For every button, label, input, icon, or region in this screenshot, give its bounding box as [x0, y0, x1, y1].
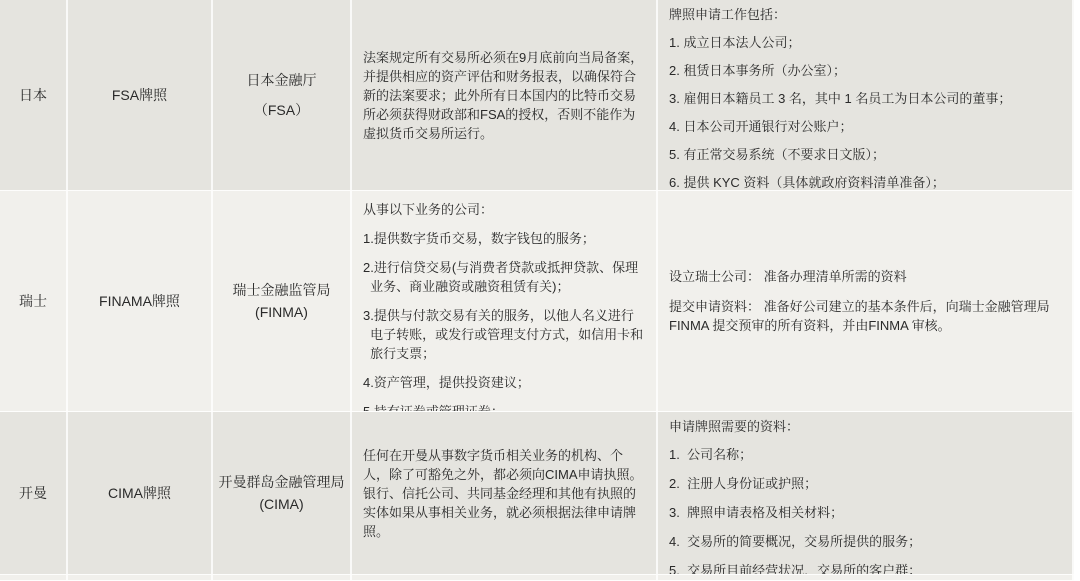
license-table: 日本 FSA牌照 日本金融厅 （FSA） 法案规定所有交易所必须在9月底前向当局…	[0, 0, 1074, 581]
regulator-name: 开曼群岛金融管理局	[219, 471, 345, 493]
requirement-item: 4. 日本公司开通银行对公账户；	[669, 118, 1061, 135]
scope-item: 4.资产管理，提供投资建议；	[363, 373, 645, 392]
requirement-item: 3. 雇佣日本籍员工 3 名，其中 1 名员工为日本公司的董事；	[669, 90, 1061, 107]
cell-country: 日本	[0, 0, 68, 190]
cell-country: 瑞士	[0, 191, 68, 411]
license-label: FSA牌照	[112, 80, 167, 110]
requirements-title: 申请牌照需要的资料：	[669, 418, 1061, 435]
cell-requirements	[658, 575, 1074, 580]
cell-regulator: 瑞士金融监管局 (FINMA)	[213, 191, 352, 411]
table-row-japan: 日本 FSA牌照 日本金融厅 （FSA） 法案规定所有交易所必须在9月底前向当局…	[0, 0, 1074, 191]
table-row-switzerland: 瑞士 FINAMA牌照 瑞士金融监管局 (FINMA) 从事以下业务的公司： 1…	[0, 191, 1074, 412]
cell-license: FSA牌照	[68, 0, 213, 190]
table-row-cayman: 开曼 CIMA牌照 开曼群岛金融管理局 (CIMA) 任何在开曼从事数字货币相关…	[0, 412, 1074, 575]
license-label: CIMA牌照	[108, 478, 171, 508]
regulator-name: 瑞士金融监管局	[233, 279, 331, 301]
table-row-partial	[0, 575, 1074, 581]
scope-item: 1.提供数字货币交易，数字钱包的服务；	[363, 229, 645, 248]
regulator-abbr: （FSA）	[254, 95, 309, 125]
regulation-paragraph: 法案规定所有交易所必须在9月底前向当局备案，并提供相应的资产评估和财务报表，以确…	[363, 48, 645, 143]
cell-requirements: 申请牌照需要的资料： 1. 公司名称； 2. 注册人身份证或护照； 3. 牌照申…	[658, 412, 1074, 574]
requirement-item: 5. 有正常交易系统（不要求日文版）；	[669, 146, 1061, 163]
requirement-item: 2. 注册人身份证或护照；	[669, 475, 1061, 492]
requirement-item: 6. 提供 KYC 资料（具体就政府资料清单准备）；	[669, 174, 1061, 190]
cell-business-scope: 从事以下业务的公司： 1.提供数字货币交易，数字钱包的服务； 2.进行信贷交易(…	[352, 191, 658, 411]
cell-country	[0, 575, 68, 580]
cell-regulator: 日本金融厅 （FSA）	[213, 0, 352, 190]
cell-regulation: 法案规定所有交易所必须在9月底前向当局备案，并提供相应的资产评估和财务报表，以确…	[352, 0, 658, 190]
cell-license: FINAMA牌照	[68, 191, 213, 411]
license-label: FINAMA牌照	[99, 286, 180, 316]
license-comparison-table-page: 日本 FSA牌照 日本金融厅 （FSA） 法案规定所有交易所必须在9月底前向当局…	[0, 0, 1080, 581]
requirement-paragraph: 设立瑞士公司： 准备办理清单所需的资料	[669, 267, 1061, 286]
requirement-paragraph: 提交申请资料： 准备好公司建立的基本条件后，向瑞士金融管理局 FINMA 提交预…	[669, 297, 1061, 335]
cell-license	[68, 575, 213, 580]
scope-item: 5.持有证券或管理证券；	[363, 402, 645, 411]
regulator-name: 日本金融厅	[247, 65, 317, 95]
country-label: 开曼	[19, 478, 47, 508]
regulator-abbr: (CIMA)	[259, 493, 303, 515]
scope-item: 3.提供与付款交易有关的服务，以他人名义进行电子转账，或发行或管理支付方式，如信…	[363, 306, 645, 363]
cell-requirements: 牌照申请工作包括： 1. 成立日本法人公司； 2. 租赁日本事务所（办公室）； …	[658, 0, 1074, 190]
requirement-item: 4. 交易所的简要概况，交易所提供的服务；	[669, 533, 1061, 550]
cell-license: CIMA牌照	[68, 412, 213, 574]
requirement-item: 3. 牌照申请表格及相关材料；	[669, 504, 1061, 521]
regulation-paragraph: 任何在开曼从事数字货币相关业务的机构、个人，除了可豁免之外，都必须向CIMA申请…	[363, 446, 645, 541]
regulator-abbr: (FINMA)	[255, 301, 308, 323]
requirement-item: 5. 交易所目前经营状况，交易所的客户群；	[669, 562, 1061, 574]
cell-regulator	[213, 575, 352, 580]
country-label: 日本	[19, 80, 47, 110]
cell-requirements: 设立瑞士公司： 准备办理清单所需的资料 提交申请资料： 准备好公司建立的基本条件…	[658, 191, 1074, 411]
cell-country: 开曼	[0, 412, 68, 574]
requirements-title: 牌照申请工作包括：	[669, 6, 1061, 23]
cell-regulation: 任何在开曼从事数字货币相关业务的机构、个人，除了可豁免之外，都必须向CIMA申请…	[352, 412, 658, 574]
cell-regulator: 开曼群岛金融管理局 (CIMA)	[213, 412, 352, 574]
requirement-item: 2. 租赁日本事务所（办公室）；	[669, 62, 1061, 79]
scope-item: 2.进行信贷交易(与消费者贷款或抵押贷款、保理业务、商业融资或融资租赁有关)；	[363, 258, 645, 296]
cell-regulation	[352, 575, 658, 580]
requirement-item: 1. 公司名称；	[669, 446, 1061, 463]
scope-title: 从事以下业务的公司：	[363, 200, 645, 219]
requirement-item: 1. 成立日本法人公司；	[669, 34, 1061, 51]
country-label: 瑞士	[19, 286, 47, 316]
